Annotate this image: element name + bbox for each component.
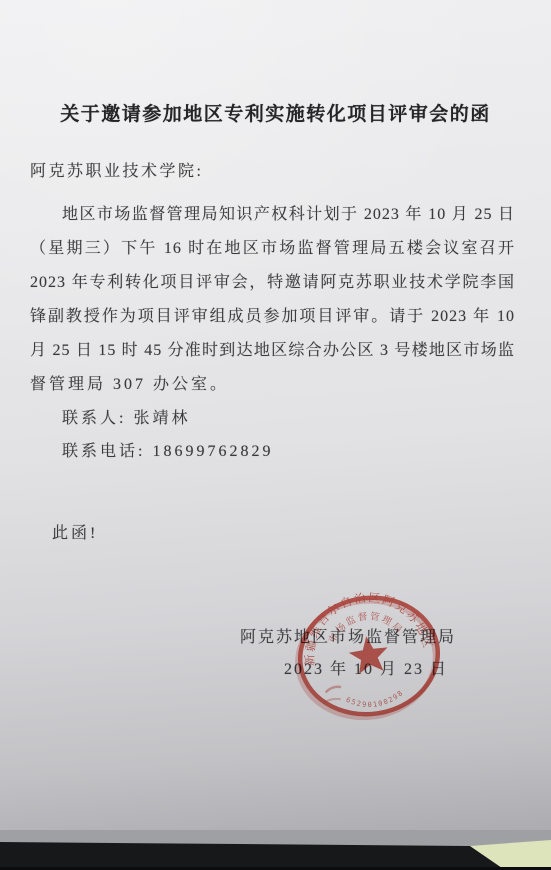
desk-edge xyxy=(0,830,551,870)
page-title: 关于邀请参加地区专利实施转化项目评审会的函 xyxy=(0,99,551,126)
star-icon xyxy=(347,633,391,675)
body-line: （星期三）下午 16 时在地区市场监督管理局五楼会议室召开 xyxy=(30,232,515,266)
body-line: 督管理局 307 办公室。 xyxy=(30,368,515,402)
body-line: 锋副教授作为项目评审组成员参加项目评审。请于 2023 年 10 xyxy=(30,300,515,334)
desk-black-strip xyxy=(0,842,505,870)
contact-person-line: 联系人: 张靖林 xyxy=(30,402,515,435)
official-seal-stamp: 新疆维吾尔自治区阿克苏地区 市场监督管理局 65290100298 xyxy=(278,574,460,737)
addressee-line: 阿克苏职业技术学院: xyxy=(30,158,203,181)
photographed-letter: 关于邀请参加地区专利实施转化项目评审会的函 阿克苏职业技术学院: 地区市场监督管… xyxy=(0,0,551,870)
letter-content: 关于邀请参加地区专利实施转化项目评审会的函 阿克苏职业技术学院: 地区市场监督管… xyxy=(0,0,551,842)
paper-sheet: 关于邀请参加地区专利实施转化项目评审会的函 阿克苏职业技术学院: 地区市场监督管… xyxy=(0,0,551,842)
body-line: 月 25 日 15 时 45 分准时到达地区综合办公区 3 号楼地区市场监 xyxy=(30,334,515,368)
closing-line: 此函! xyxy=(52,520,98,543)
contact-phone-line: 联系电话: 18699762829 xyxy=(30,435,515,468)
seal-smudge xyxy=(325,686,341,692)
letter-body: 地区市场监督管理局知识产权科计划于 2023 年 10 月 25 日 （星期三）… xyxy=(30,198,515,468)
body-line: 地区市场监督管理局知识产权科计划于 2023 年 10 月 25 日 xyxy=(30,198,515,232)
body-line: 2023 年专利转化项目评审会，特邀请阿克苏职业技术学院李国 xyxy=(30,266,515,300)
